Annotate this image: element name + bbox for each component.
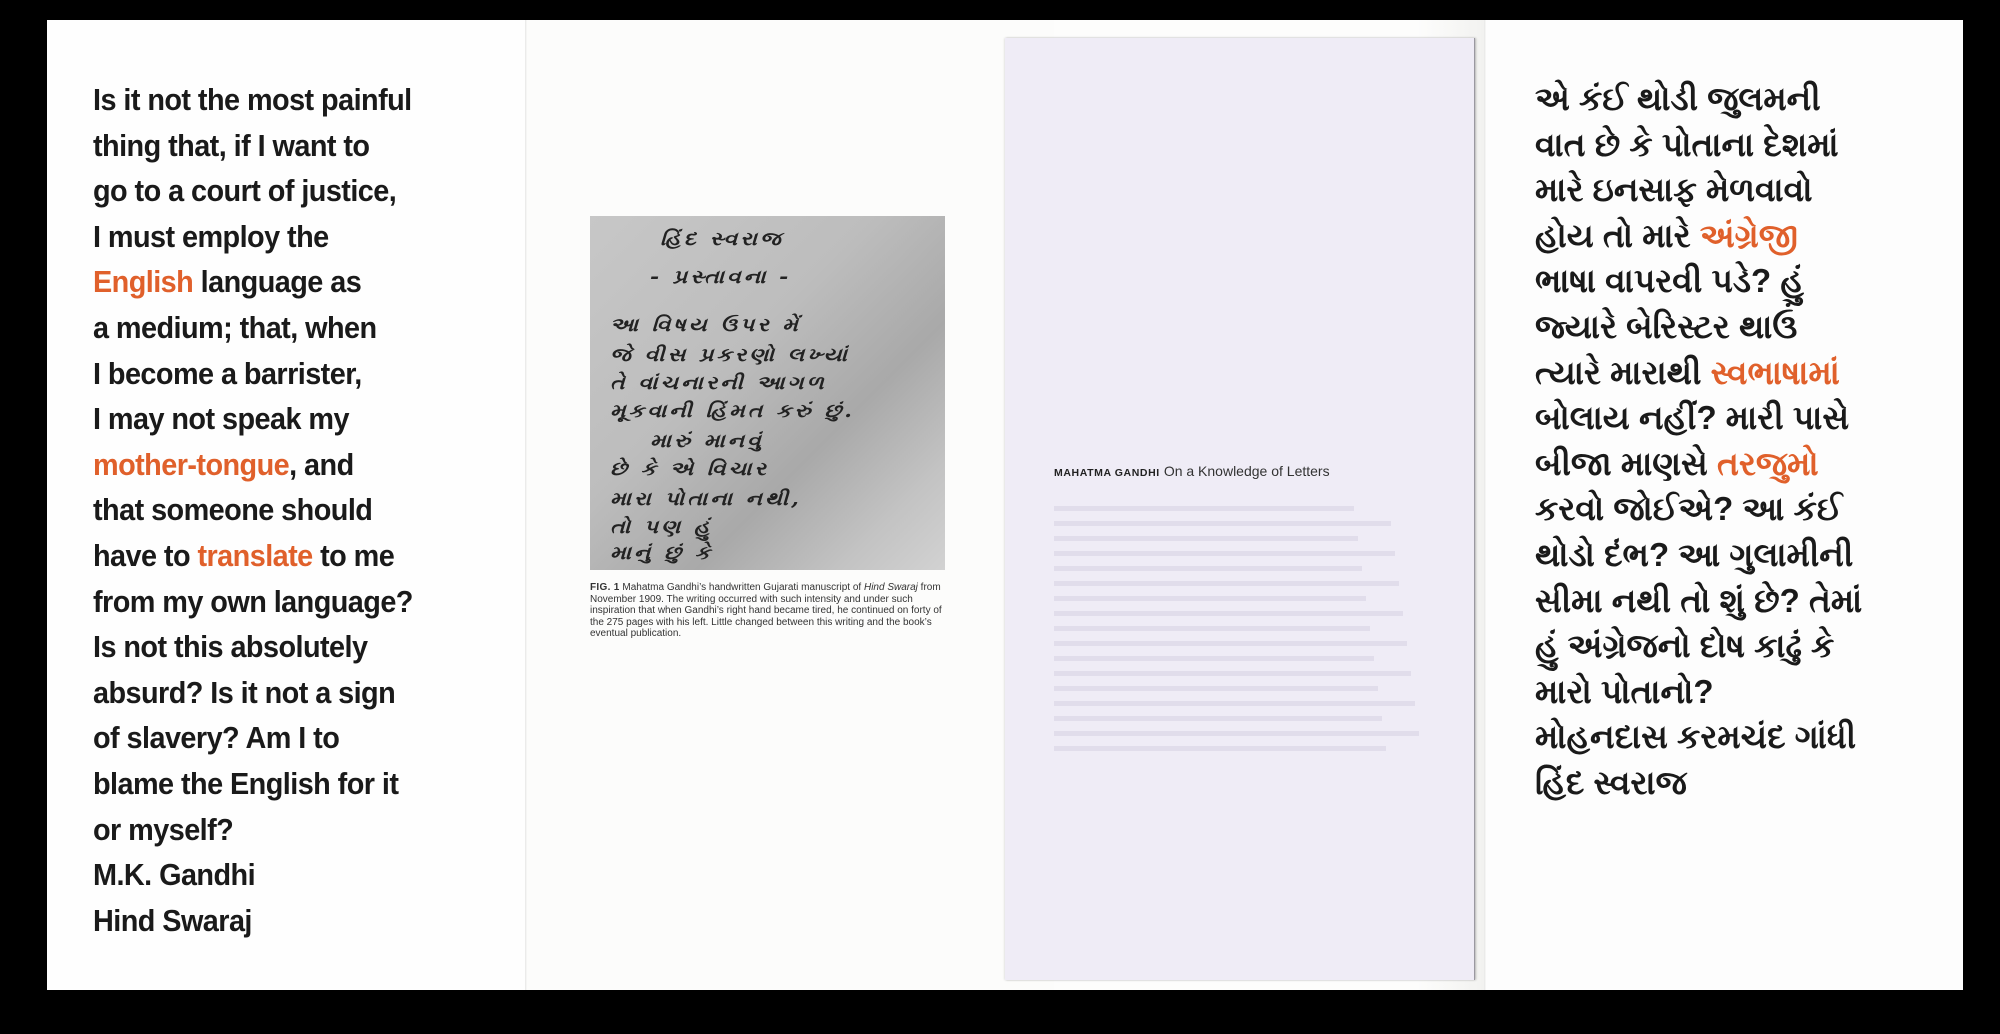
caption-text: Mahatma Gandhi’s handwritten Gujarati ma… — [620, 582, 864, 593]
quote-text: બીજા માણસે — [1535, 445, 1717, 482]
quote-line: go to a court of justice, — [93, 168, 484, 214]
highlighted-word: તરજુમો — [1717, 445, 1819, 482]
quote-text: મારે ઇનસાફ મેળવાવો — [1535, 171, 1812, 208]
quote-line: મારો પોતાનો? — [1535, 669, 1955, 715]
figure-caption: FIG. 1 Mahatma Gandhi’s handwritten Guja… — [590, 582, 950, 640]
quote-line: of slavery? Am I to — [93, 715, 484, 761]
show-through-text — [1054, 656, 1374, 661]
quote-line: absurd? Is it not a sign — [93, 670, 484, 716]
handwritten-line: મૂકવાની હિંમત કરું છું. — [610, 400, 855, 422]
show-through-text — [1054, 731, 1419, 736]
booklet-title: MAHATMA GANDHIOn a Knowledge of Letters — [1054, 463, 1330, 479]
show-through-text — [1054, 641, 1407, 646]
quote-line: Is it not the most painful — [93, 77, 484, 123]
quote-line: I must employ the — [93, 214, 484, 260]
quote-text: thing that, if I want to — [93, 128, 369, 163]
show-through-text — [1054, 521, 1391, 526]
quote-text: જ્યારે બેરિસ્ટર થાઉં — [1535, 308, 1797, 345]
panel-english-quote: Is it not the most painfulthing that, if… — [47, 20, 526, 990]
quote-text: language as — [193, 264, 361, 299]
quote-text: , and — [289, 447, 353, 482]
quote-text: એ કંઈ થોડી જુલમની — [1535, 80, 1821, 117]
handwritten-line: જે વીસ પ્રકરણો લખ્યાં — [610, 344, 850, 366]
panel-gujarati-quote: એ કંઈ થોડી જુલમનીવાત છે કે પોતાના દેશમાં… — [1485, 20, 1963, 990]
handwritten-line: મારા પોતાના નથી, — [610, 488, 802, 510]
handwritten-line: તો પણ હું — [610, 516, 713, 538]
quote-line: have to translate to me — [93, 533, 484, 579]
show-through-text — [1054, 671, 1411, 676]
attribution-work: હિંદ સ્વરાજ — [1535, 760, 1955, 806]
booklet-author: MAHATMA GANDHI — [1054, 467, 1160, 479]
quote-text: go to a court of justice, — [93, 173, 396, 208]
quote-line: બોલાય નહીં? મારી પાસે — [1535, 395, 1955, 441]
quote-text: થોડો દંભ? આ ગુલામીની — [1535, 536, 1853, 573]
attribution-author: મોહનદાસ કરમચંદ ગાંધી — [1535, 714, 1955, 760]
english-quote: Is it not the most painfulthing that, if… — [93, 77, 484, 943]
quote-line: બીજા માણસે તરજુમો — [1535, 441, 1955, 487]
quote-line: ત્યારે મારાથી સ્વભાષામાં — [1535, 350, 1955, 396]
show-through-text — [1054, 701, 1415, 706]
quote-text: absurd? Is it not a sign — [93, 675, 395, 710]
quote-line: blame the English for it — [93, 761, 484, 807]
fold-line — [1484, 20, 1486, 990]
quote-text: have to — [93, 538, 197, 573]
quote-text: ભાષા વાપરવી પડે? હું — [1535, 262, 1804, 299]
quote-line: I may not speak my — [93, 396, 484, 442]
highlighted-word: English — [93, 264, 193, 299]
quote-text: blame the English for it — [93, 766, 398, 801]
quote-text: of slavery? Am I to — [93, 720, 339, 755]
quote-text: I become a barrister, — [93, 356, 362, 391]
quote-text: મારો પોતાનો? — [1535, 673, 1714, 710]
quote-line: that someone should — [93, 487, 484, 533]
quote-line: એ કંઈ થોડી જુલમની — [1535, 76, 1955, 122]
show-through-text — [1054, 566, 1362, 571]
quote-text: સીમા નથી તો શું છે? તેમાં — [1535, 582, 1862, 619]
quote-line: મારે ઇનસાફ મેળવાવો — [1535, 167, 1955, 213]
show-through-text — [1054, 581, 1399, 586]
quote-text: વાત છે કે પોતાના દેશમાં — [1535, 126, 1839, 163]
quote-line: from my own language? — [93, 579, 484, 625]
quote-text: હું અંગ્રેજનો દોષ કાઢું કે — [1535, 627, 1834, 664]
show-through-text — [1054, 536, 1358, 541]
booklet-title-text: On a Knowledge of Letters — [1164, 463, 1330, 479]
quote-text: or myself? — [93, 812, 233, 847]
quote-line: a medium; that, when — [93, 305, 484, 351]
handwritten-line: આ વિષય ઉપર મેં — [610, 314, 801, 336]
show-through-text — [1054, 611, 1403, 616]
caption-title: Hind Swaraj — [864, 582, 918, 593]
quote-line: જ્યારે બેરિસ્ટર થાઉં — [1535, 304, 1955, 350]
show-through-text — [1054, 596, 1366, 601]
show-through-text — [1054, 551, 1395, 556]
handwritten-line: હિંદ સ્વરાજ — [660, 228, 784, 250]
quote-text: Is not this absolutely — [93, 629, 367, 664]
quote-line: I become a barrister, — [93, 351, 484, 397]
highlighted-word: સ્વભાષામાં — [1711, 354, 1840, 391]
highlighted-word: translate — [197, 538, 312, 573]
fold-line — [525, 20, 527, 990]
handwritten-line: - પ્રસ્તાવના - — [650, 266, 791, 288]
show-through-text — [1054, 626, 1370, 631]
handwritten-line: માનું છું કે — [610, 542, 713, 564]
quote-text: that someone should — [93, 492, 372, 527]
gujarati-quote: એ કંઈ થોડી જુલમનીવાત છે કે પોતાના દેશમાં… — [1535, 76, 1955, 806]
manuscript-photo: હિંદ સ્વરાજ- પ્રસ્તાવના -આ વિષય ઉપર મેંજ… — [590, 216, 945, 570]
show-through-text — [1054, 716, 1382, 721]
quote-line: હું અંગ્રેજનો દોષ કાઢું કે — [1535, 623, 1955, 669]
brochure-spread: Is it not the most painfulthing that, if… — [47, 20, 1963, 990]
quote-text: કરવો જોઈએ? આ કંઈ — [1535, 490, 1842, 527]
handwritten-line: છે કે એ વિચાર — [610, 458, 769, 480]
quote-text: from my own language? — [93, 584, 413, 619]
quote-line: English language as — [93, 259, 484, 305]
caption-label: FIG. 1 — [590, 582, 620, 593]
quote-line: Is not this absolutely — [93, 624, 484, 670]
quote-line: સીમા નથી તો શું છે? તેમાં — [1535, 578, 1955, 624]
highlighted-word: અંગ્રેજી — [1700, 217, 1798, 254]
quote-line: વાત છે કે પોતાના દેશમાં — [1535, 122, 1955, 168]
quote-text: to me — [313, 538, 395, 573]
handwritten-line: તે વાંચનારની આગળ — [610, 372, 827, 394]
quote-text: હોય તો મારે — [1535, 217, 1700, 254]
quote-text: ત્યારે મારાથી — [1535, 354, 1711, 391]
show-through-text — [1054, 506, 1354, 511]
attribution-work: Hind Swaraj — [93, 898, 484, 944]
quote-line: હોય તો મારે અંગ્રેજી — [1535, 213, 1955, 259]
quote-line: thing that, if I want to — [93, 123, 484, 169]
quote-text: Is it not the most painful — [93, 82, 412, 117]
quote-text: બોલાય નહીં? મારી પાસે — [1535, 399, 1849, 436]
quote-line: mother-tongue, and — [93, 442, 484, 488]
attribution-author: M.K. Gandhi — [93, 852, 484, 898]
show-through-text — [1054, 746, 1386, 751]
quote-text: a medium; that, when — [93, 310, 377, 345]
quote-text: I must employ the — [93, 219, 329, 254]
handwritten-line: મારું માનવું — [650, 430, 764, 452]
quote-line: કરવો જોઈએ? આ કંઈ — [1535, 486, 1955, 532]
quote-text: I may not speak my — [93, 401, 349, 436]
quote-line: or myself? — [93, 807, 484, 853]
quote-line: ભાષા વાપરવી પડે? હું — [1535, 258, 1955, 304]
quote-line: થોડો દંભ? આ ગુલામીની — [1535, 532, 1955, 578]
insert-booklet-cover[interactable]: MAHATMA GANDHIOn a Knowledge of Letters — [1005, 38, 1475, 980]
highlighted-word: mother-tongue — [93, 447, 289, 482]
show-through-text — [1054, 686, 1378, 691]
